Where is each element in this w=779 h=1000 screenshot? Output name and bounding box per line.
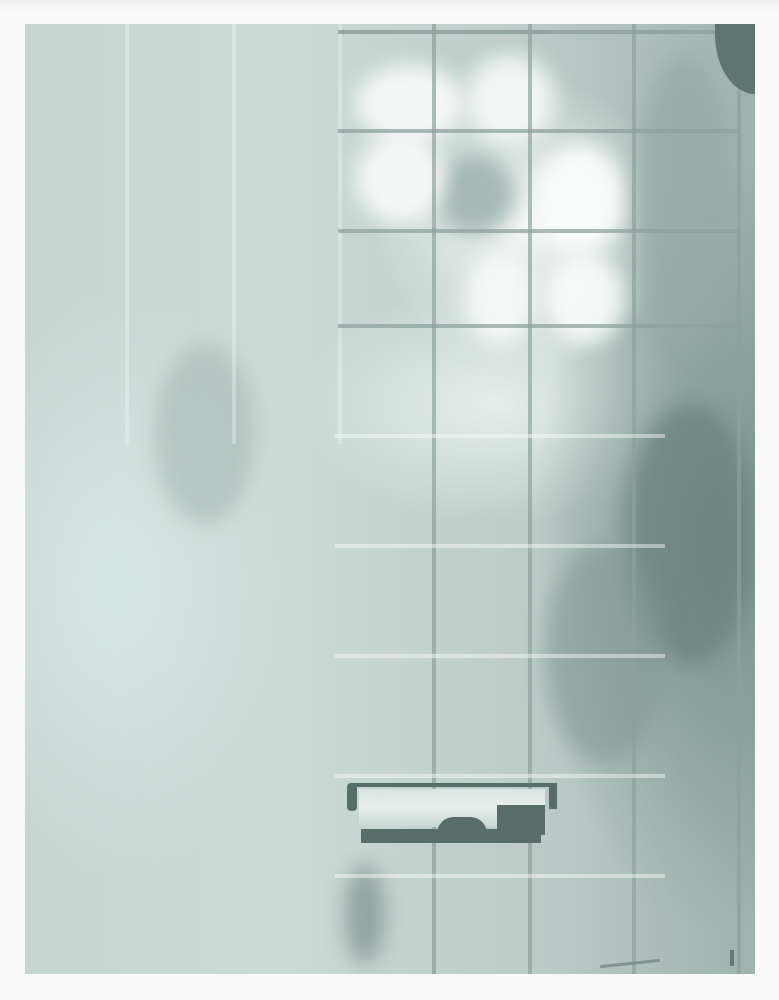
dark-corner-shadow <box>715 24 755 94</box>
grout-line-horizontal <box>335 774 665 778</box>
grout-line-horizontal <box>338 229 738 233</box>
grout-line-horizontal <box>335 544 665 548</box>
artwork-print <box>25 24 755 974</box>
shadow-blot <box>155 344 255 524</box>
soap-dish <box>347 779 557 851</box>
reflection-blot <box>545 254 625 344</box>
grout-line-vertical <box>632 24 636 974</box>
grout-line-horizontal <box>338 324 738 328</box>
grout-line-horizontal <box>338 129 738 133</box>
grout-line-vertical <box>737 24 741 974</box>
soap-dish-left-edge <box>347 783 357 811</box>
grout-line-horizontal <box>335 874 665 878</box>
grout-line-horizontal <box>338 30 718 34</box>
paper-sheet <box>0 0 779 1000</box>
soap-dish-rim <box>353 783 549 787</box>
reflection-blot <box>465 254 535 344</box>
reflection-blot <box>635 54 735 334</box>
shadow-blot <box>345 864 385 964</box>
grout-line-horizontal <box>335 654 665 658</box>
grout-line-vertical <box>125 24 129 444</box>
edition-mark <box>730 950 734 966</box>
reflection-blot <box>435 154 515 234</box>
grout-line-vertical <box>232 24 236 444</box>
reflection-blot <box>535 144 625 254</box>
grout-line-horizontal <box>335 434 665 438</box>
grout-line-vertical <box>338 24 342 444</box>
soap-dish-right-edge <box>549 783 557 809</box>
soap-dish-ledge <box>361 829 541 843</box>
